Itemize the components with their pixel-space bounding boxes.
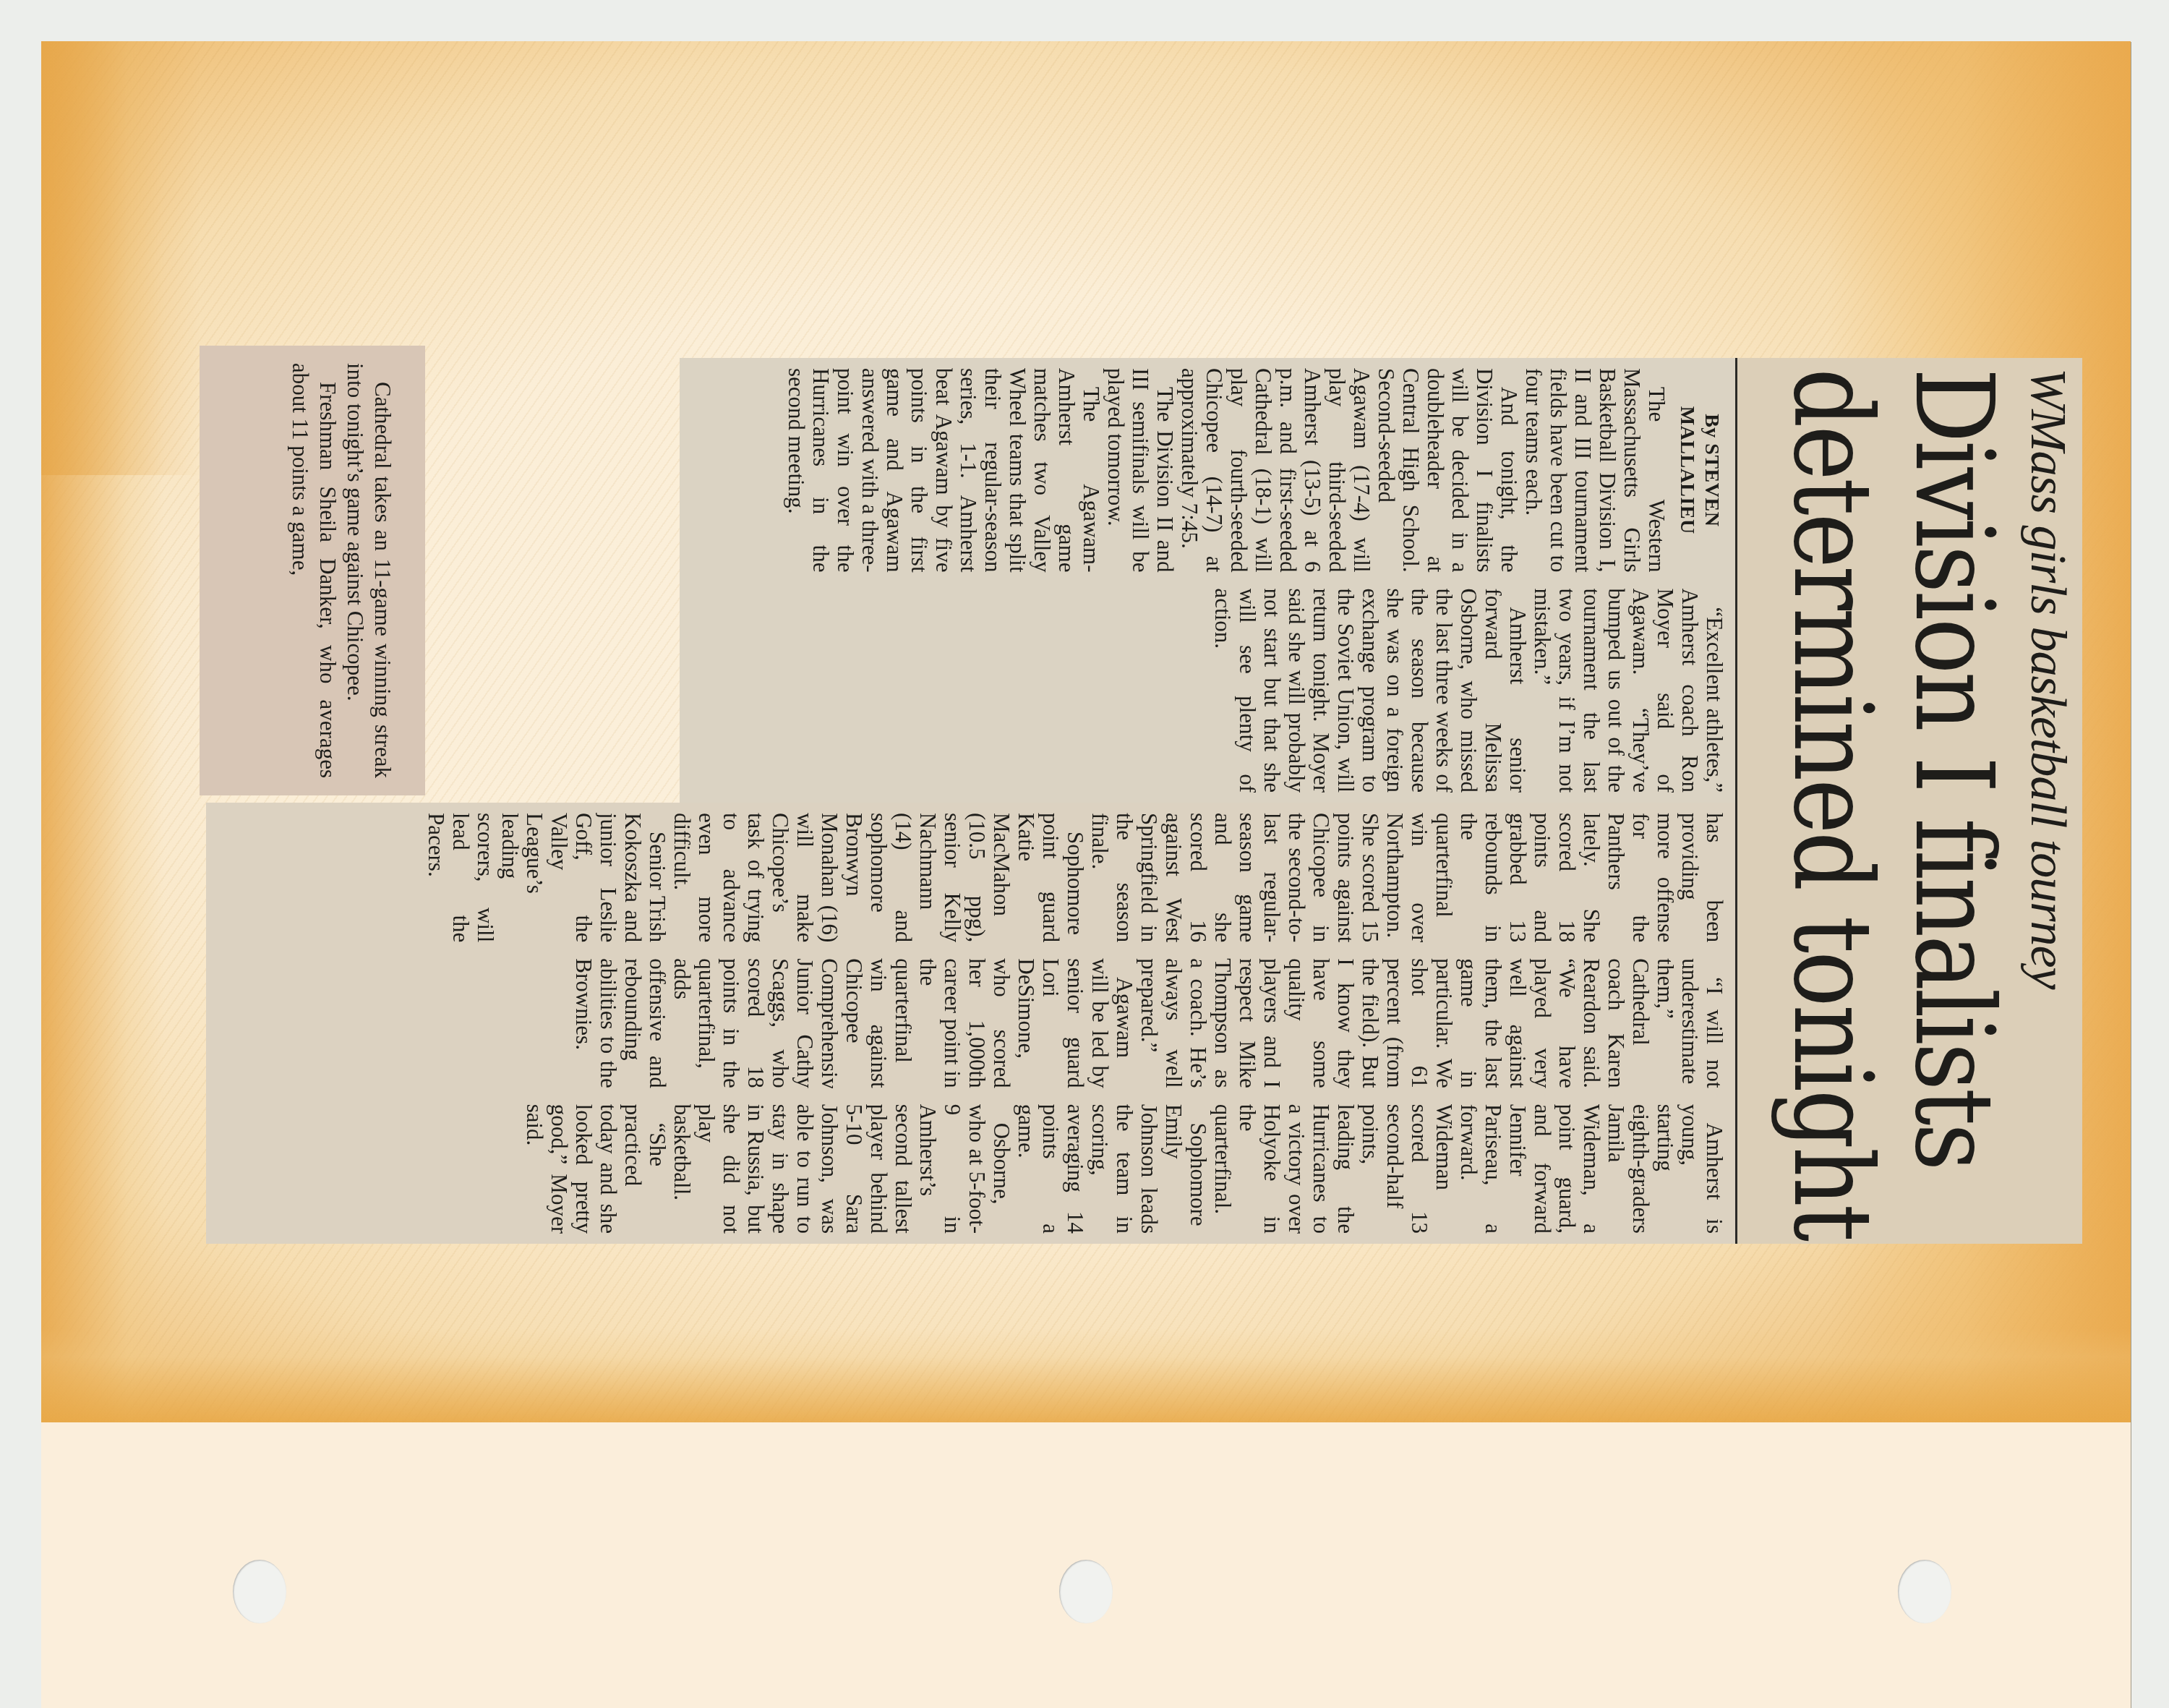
- binder-hole-left: [233, 1560, 286, 1623]
- headline-line-2: determined tonight: [1771, 368, 1893, 1112]
- article-paragraph: has been providing more offense for the …: [1087, 813, 1727, 942]
- article-paragraph: Senior Trish Kokoszka and junior Leslie …: [424, 813, 669, 942]
- article-paragraph: The Agawam-Amherst game matches two Vall…: [784, 368, 1103, 573]
- article-column: Amherst is young, starting eighth-grader…: [215, 1104, 1727, 1234]
- article-column: By STEVEN MALLALIEUThe Western Massachus…: [688, 368, 1727, 573]
- age-stain-bottom: [41, 1328, 2131, 1422]
- article-paragraph: Amherst senior forward Melissa Osborne, …: [1210, 589, 1530, 793]
- article-paragraph: And tonight, the Division I finalists wi…: [1177, 368, 1521, 573]
- side-clipping-paragraph: Freshman Sheila Danker, who averages abo…: [286, 363, 341, 778]
- article-paragraph: Sophomore Emily Johnson leads the team i…: [1014, 1104, 1210, 1234]
- article-paragraph: The Western Massachusetts Girls Basketba…: [1521, 368, 1669, 573]
- article-paragraph: Amherst is young, starting eighth-grader…: [1210, 1104, 1727, 1234]
- lower-columns: has been providing more offense for the …: [215, 813, 1727, 1234]
- newspaper-clipping-side: Cathedral takes an 11-game winning strea…: [200, 346, 425, 795]
- binder-hole-center: [1059, 1560, 1113, 1623]
- article-paragraph: “Excellent athletes,” Amherst coach Ron …: [1530, 589, 1727, 793]
- article-paragraph: Osborne, who at 5-foot-9 in Amherst’s se…: [669, 1104, 1014, 1234]
- kicker: WMass girls basketball tourney: [2017, 368, 2078, 1234]
- article-column: has been providing more offense for the …: [215, 813, 1727, 942]
- upper-columns: By STEVEN MALLALIEUThe Western Massachus…: [688, 368, 1727, 793]
- article-paragraph: Sophomore point guard Katie MacMahon (10…: [669, 813, 1087, 942]
- side-clipping-paragraph: Cathedral takes an 11-game winning strea…: [341, 363, 396, 778]
- headline-block: WMass girls basketball tourney Division …: [1735, 358, 2082, 1244]
- headline: Division I finalists determined tonight: [1771, 368, 2014, 1112]
- binder-hole-right: [1898, 1560, 1951, 1623]
- article-paragraph: “She practiced today and she looked pret…: [522, 1104, 669, 1234]
- article-column: “I will not underestimate them,” Cathedr…: [215, 958, 1727, 1088]
- article-body: By STEVEN MALLALIEUThe Western Massachus…: [206, 358, 1735, 1244]
- article-paragraph: The Division II and III semifinals will …: [1103, 368, 1177, 573]
- article-column: “Excellent athletes,” Amherst coach Ron …: [688, 589, 1727, 793]
- byline: By STEVEN MALLALIEU: [1674, 368, 1724, 573]
- article-body-lower: has been providing more offense for the …: [206, 803, 1735, 1244]
- headline-line-1: Division I finalists: [1893, 368, 2014, 1112]
- age-stain-top-left: [41, 41, 200, 475]
- newspaper-clipping-main: WMass girls basketball tourney Division …: [206, 358, 2082, 1244]
- article-paragraph: “I will not underestimate them,” Cathedr…: [1137, 958, 1727, 1088]
- article-body-upper: By STEVEN MALLALIEUThe Western Massachus…: [680, 358, 1735, 803]
- article-paragraph: Agawam will be led by senior guard Lori …: [571, 958, 1137, 1088]
